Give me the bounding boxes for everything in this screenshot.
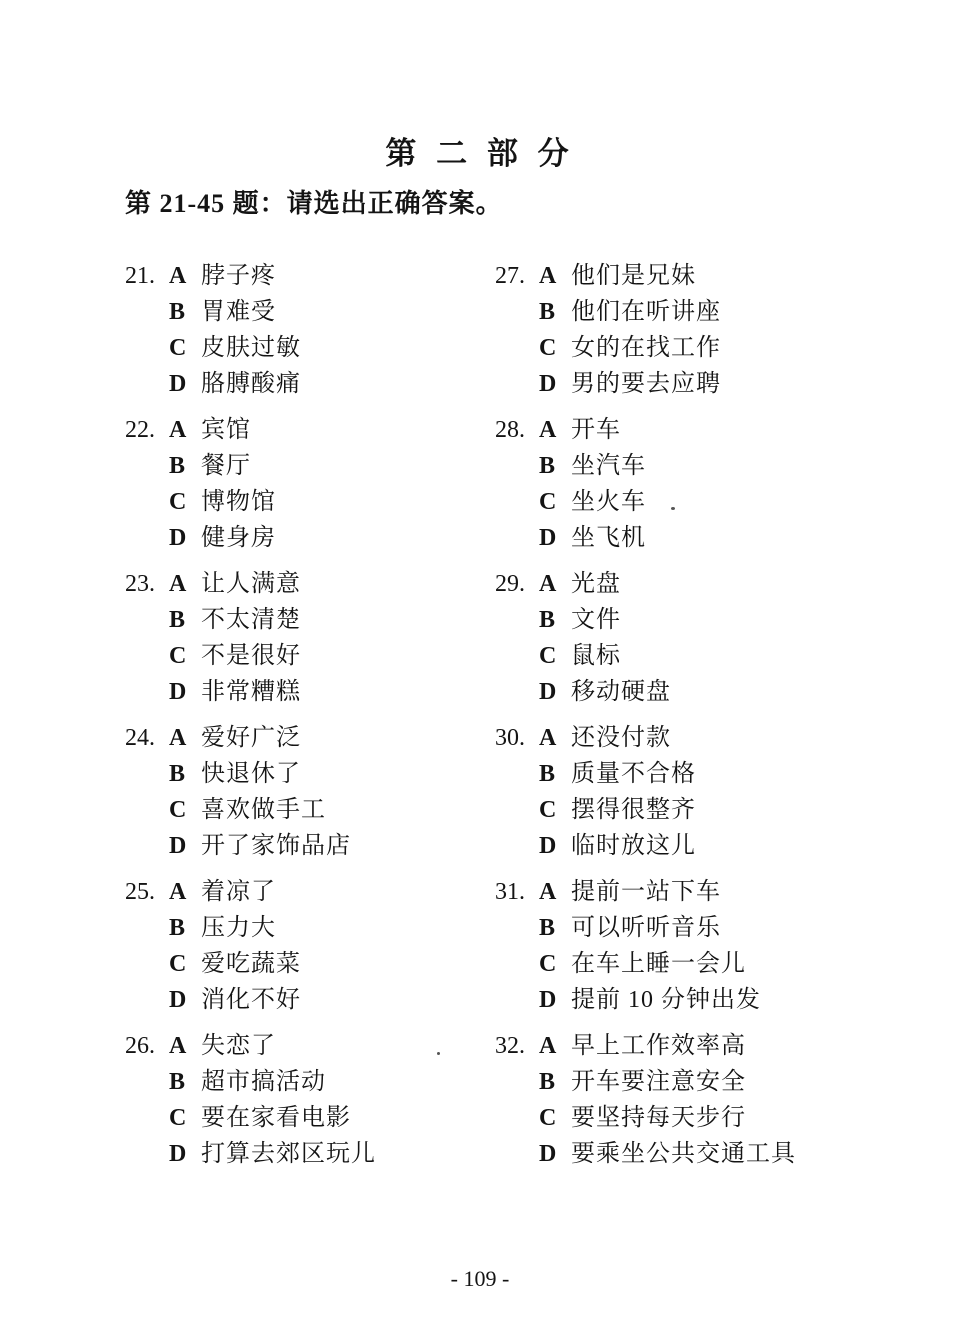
option-letter: D: [539, 674, 571, 710]
option-text: 非常糟糕: [201, 674, 301, 710]
option-row: C不是很好: [169, 638, 495, 674]
option-row: D开了家饰品店: [169, 828, 495, 864]
option-letter: A: [169, 874, 201, 910]
option-text: 压力大: [201, 910, 276, 946]
option-letter: B: [169, 294, 201, 330]
option-text: 可以听听音乐: [571, 910, 721, 946]
option-row: D男的要去应聘: [539, 366, 865, 402]
option-row: C要坚持每天步行: [539, 1100, 865, 1136]
option-row: C坐火车: [539, 484, 865, 520]
option-row: D健身房: [169, 520, 495, 556]
option-text: 质量不合格: [571, 756, 696, 792]
option-row: D移动硬盘: [539, 674, 865, 710]
option-text: 喜欢做手工: [201, 792, 326, 828]
option-row: D消化不好: [169, 982, 495, 1018]
option-letter: B: [539, 910, 571, 946]
option-text: 健身房: [201, 520, 276, 556]
option-letter: C: [169, 946, 201, 982]
option-letter: C: [539, 484, 571, 520]
option-text: 在车上睡一会儿: [571, 946, 746, 982]
option-letter: D: [169, 1136, 201, 1172]
scan-speck: [663, 1000, 666, 1003]
question-26: 26. A失恋了 B超市搞活动 C要在家看电影 D打算去郊区玩儿: [125, 1028, 495, 1172]
option-row: B压力大: [169, 910, 495, 946]
option-letter: B: [169, 910, 201, 946]
option-letter: A: [539, 258, 571, 294]
option-row: C博物馆: [169, 484, 495, 520]
question-23: 23. A让人满意 B不太清楚 C不是很好 D非常糟糕: [125, 566, 495, 710]
option-row: B文件: [539, 602, 865, 638]
option-text: 博物馆: [201, 484, 276, 520]
option-letter: C: [539, 946, 571, 982]
question-27: 27. A他们是兄妹 B他们在听讲座 C女的在找工作 D男的要去应聘: [495, 258, 865, 402]
option-letter: A: [169, 566, 201, 602]
option-text: 要在家看电影: [201, 1100, 351, 1136]
option-letter: C: [169, 330, 201, 366]
option-text: 提前 10 分钟出发: [571, 982, 761, 1018]
option-row: A失恋了: [169, 1028, 495, 1064]
option-letter: A: [539, 1028, 571, 1064]
option-letter: D: [169, 366, 201, 402]
option-row: B坐汽车: [539, 448, 865, 484]
option-letter: C: [539, 792, 571, 828]
option-text: 爱好广泛: [201, 720, 301, 756]
option-row: B胃难受: [169, 294, 495, 330]
option-row: C喜欢做手工: [169, 792, 495, 828]
question-number: 24.: [125, 720, 155, 756]
option-row: A让人满意: [169, 566, 495, 602]
option-text: 还没付款: [571, 720, 671, 756]
option-row: D临时放这儿: [539, 828, 865, 864]
option-letter: C: [169, 638, 201, 674]
option-letter: A: [539, 412, 571, 448]
option-text: 打算去郊区玩儿: [201, 1136, 376, 1172]
option-text: 提前一站下车: [571, 874, 721, 910]
option-letter: C: [539, 638, 571, 674]
option-text: 临时放这儿: [571, 828, 696, 864]
option-letter: D: [539, 520, 571, 556]
question-number: 31.: [495, 874, 525, 910]
option-letter: B: [169, 448, 201, 484]
question-number: 22.: [125, 412, 155, 448]
option-text: 女的在找工作: [571, 330, 721, 366]
option-text: 男的要去应聘: [571, 366, 721, 402]
option-row: A宾馆: [169, 412, 495, 448]
option-row: A提前一站下车: [539, 874, 865, 910]
option-row: C摆得很整齐: [539, 792, 865, 828]
option-row: A着凉了: [169, 874, 495, 910]
option-text: 不太清楚: [201, 602, 301, 638]
questions-column-left: 21. A脖子疼 B胃难受 C皮肤过敏 D胳膊酸痛 22. A宾馆 B餐厅 C博…: [125, 258, 495, 1182]
option-row: D提前 10 分钟出发: [539, 982, 865, 1018]
option-row: B开车要注意安全: [539, 1064, 865, 1100]
question-number: 26.: [125, 1028, 155, 1064]
option-text: 胃难受: [201, 294, 276, 330]
option-letter: A: [539, 566, 571, 602]
questions-area: 21. A脖子疼 B胃难受 C皮肤过敏 D胳膊酸痛 22. A宾馆 B餐厅 C博…: [125, 258, 865, 1182]
option-text: 不是很好: [201, 638, 301, 674]
option-row: B不太清楚: [169, 602, 495, 638]
option-text: 让人满意: [201, 566, 301, 602]
option-row: A光盘: [539, 566, 865, 602]
option-text: 脖子疼: [201, 258, 276, 294]
option-text: 消化不好: [201, 982, 301, 1018]
option-text: 快退休了: [201, 756, 301, 792]
option-letter: D: [539, 366, 571, 402]
option-row: A脖子疼: [169, 258, 495, 294]
option-row: C在车上睡一会儿: [539, 946, 865, 982]
option-letter: B: [169, 756, 201, 792]
option-letter: C: [169, 792, 201, 828]
option-letter: A: [539, 720, 571, 756]
questions-column-right: 27. A他们是兄妹 B他们在听讲座 C女的在找工作 D男的要去应聘 28. A…: [495, 258, 865, 1182]
option-letter: A: [169, 258, 201, 294]
option-text: 光盘: [571, 566, 621, 602]
option-text: 胳膊酸痛: [201, 366, 301, 402]
option-letter: B: [539, 448, 571, 484]
option-text: 失恋了: [201, 1028, 276, 1064]
option-letter: B: [169, 1064, 201, 1100]
option-letter: B: [169, 602, 201, 638]
option-text: 他们是兄妹: [571, 258, 696, 294]
option-letter: D: [169, 982, 201, 1018]
question-22: 22. A宾馆 B餐厅 C博物馆 D健身房: [125, 412, 495, 556]
option-row: D坐飞机: [539, 520, 865, 556]
option-letter: B: [539, 602, 571, 638]
question-number: 23.: [125, 566, 155, 602]
option-row: C女的在找工作: [539, 330, 865, 366]
option-row: C要在家看电影: [169, 1100, 495, 1136]
option-text: 坐飞机: [571, 520, 646, 556]
option-text: 餐厅: [201, 448, 251, 484]
option-row: A开车: [539, 412, 865, 448]
option-letter: D: [539, 828, 571, 864]
question-number: 30.: [495, 720, 525, 756]
option-letter: B: [539, 756, 571, 792]
option-row: B可以听听音乐: [539, 910, 865, 946]
option-row: C鼠标: [539, 638, 865, 674]
option-text: 移动硬盘: [571, 674, 671, 710]
option-text: 坐火车: [571, 484, 646, 520]
question-25: 25. A着凉了 B压力大 C爱吃蔬菜 D消化不好: [125, 874, 495, 1018]
option-letter: A: [539, 874, 571, 910]
option-row: A还没付款: [539, 720, 865, 756]
option-letter: D: [169, 520, 201, 556]
option-letter: C: [169, 484, 201, 520]
question-number: 21.: [125, 258, 155, 294]
option-row: A他们是兄妹: [539, 258, 865, 294]
option-text: 坐汽车: [571, 448, 646, 484]
option-letter: C: [169, 1100, 201, 1136]
option-row: B餐厅: [169, 448, 495, 484]
option-row: A爱好广泛: [169, 720, 495, 756]
question-32: 32. A早上工作效率高 B开车要注意安全 C要坚持每天步行 D要乘坐公共交通工…: [495, 1028, 865, 1172]
option-letter: D: [169, 828, 201, 864]
option-letter: B: [539, 1064, 571, 1100]
option-row: B他们在听讲座: [539, 294, 865, 330]
question-21: 21. A脖子疼 B胃难受 C皮肤过敏 D胳膊酸痛: [125, 258, 495, 402]
question-28: 28. A开车 B坐汽车 C坐火车 D坐飞机: [495, 412, 865, 556]
option-row: A早上工作效率高: [539, 1028, 865, 1064]
option-text: 宾馆: [201, 412, 251, 448]
option-text: 他们在听讲座: [571, 294, 721, 330]
question-number: 29.: [495, 566, 525, 602]
scan-speck: [437, 1052, 440, 1055]
option-row: B质量不合格: [539, 756, 865, 792]
option-letter: D: [539, 1136, 571, 1172]
option-letter: A: [169, 1028, 201, 1064]
question-29: 29. A光盘 B文件 C鼠标 D移动硬盘: [495, 566, 865, 710]
option-text: 开了家饰品店: [201, 828, 351, 864]
option-text: 文件: [571, 602, 621, 638]
option-row: C爱吃蔬菜: [169, 946, 495, 982]
option-row: D胳膊酸痛: [169, 366, 495, 402]
question-31: 31. A提前一站下车 B可以听听音乐 C在车上睡一会儿 D提前 10 分钟出发: [495, 874, 865, 1018]
section-instruction: 第 21-45 题：请选出正确答案。: [125, 183, 503, 220]
option-text: 摆得很整齐: [571, 792, 696, 828]
option-row: B快退休了: [169, 756, 495, 792]
option-row: D非常糟糕: [169, 674, 495, 710]
option-row: B超市搞活动: [169, 1064, 495, 1100]
option-text: 皮肤过敏: [201, 330, 301, 366]
option-letter: C: [539, 1100, 571, 1136]
scan-speck: [671, 507, 675, 510]
option-text: 超市搞活动: [201, 1064, 326, 1100]
option-letter: C: [539, 330, 571, 366]
option-letter: A: [169, 412, 201, 448]
option-text: 要乘坐公共交通工具: [571, 1136, 796, 1172]
option-letter: D: [539, 982, 571, 1018]
question-number: 32.: [495, 1028, 525, 1064]
option-letter: D: [169, 674, 201, 710]
option-text: 爱吃蔬菜: [201, 946, 301, 982]
option-row: D打算去郊区玩儿: [169, 1136, 495, 1172]
option-text: 开车: [571, 412, 621, 448]
page-title: 第 二 部 分: [0, 128, 960, 173]
option-row: D要乘坐公共交通工具: [539, 1136, 865, 1172]
option-row: C皮肤过敏: [169, 330, 495, 366]
question-number: 28.: [495, 412, 525, 448]
question-24: 24. A爱好广泛 B快退休了 C喜欢做手工 D开了家饰品店: [125, 720, 495, 864]
question-number: 25.: [125, 874, 155, 910]
option-letter: B: [539, 294, 571, 330]
option-text: 开车要注意安全: [571, 1064, 746, 1100]
question-30: 30. A还没付款 B质量不合格 C摆得很整齐 D临时放这儿: [495, 720, 865, 864]
option-letter: A: [169, 720, 201, 756]
page-number: - 109 -: [0, 1266, 960, 1292]
option-text: 着凉了: [201, 874, 276, 910]
option-text: 早上工作效率高: [571, 1028, 746, 1064]
question-number: 27.: [495, 258, 525, 294]
option-text: 要坚持每天步行: [571, 1100, 746, 1136]
option-text: 鼠标: [571, 638, 621, 674]
